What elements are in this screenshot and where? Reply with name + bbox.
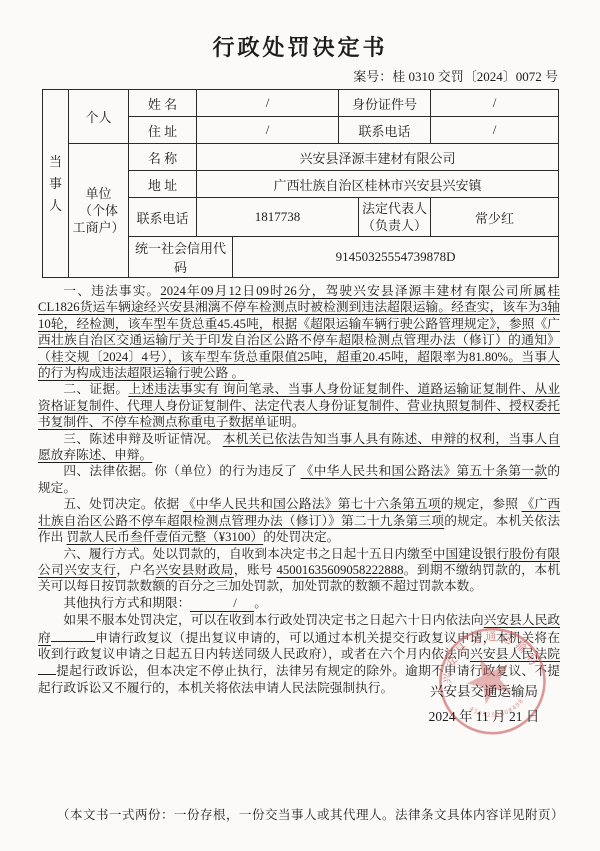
signature-authority: 兴安县交通运输局 bbox=[400, 680, 568, 700]
performance-head: 六、履行方式。处以罚款的，自收到本决定书之日起十五日内缴至 bbox=[63, 547, 432, 561]
legal-basis-head: 四、法律依据。你（单位）的行为违反了 bbox=[63, 464, 297, 478]
signature-date: 2024 年 11 月 21 日 bbox=[400, 705, 568, 725]
fact-paragraph: 一、违法事实。2024年09月12日09时26分，驾驶兴安县泽源丰建材有限公司所… bbox=[38, 283, 560, 381]
fact-head: 一、违法事实。 bbox=[63, 284, 160, 298]
legal-rep-label: 法定代表人 （负责人） bbox=[359, 198, 431, 237]
legal-basis-paragraph: 四、法律依据。你（单位）的行为违反了 《中华人民共和国公路法》第五十条第一款的规… bbox=[38, 463, 560, 496]
evidence-paragraph: 二、证据。上述违法事实有 询问笔录、当事人身份证复制件、道路运输证复制件、从业资… bbox=[38, 381, 560, 430]
table-row: 单位 （个体 工商户） 名 称 兴安县泽源丰建材有限公司 bbox=[43, 144, 559, 171]
org-group-label: （个体 bbox=[71, 202, 126, 219]
org-group-label: 单位 bbox=[71, 185, 126, 202]
other-execution-fill: / bbox=[190, 595, 254, 612]
id-label: 身份证件号 bbox=[339, 90, 431, 117]
legal-basis-fill: 《中华人民共和国公路法》第五十条第一款 bbox=[301, 464, 548, 478]
org-phone-value: 1817738 bbox=[197, 198, 359, 237]
evidence-tail: 证明。 bbox=[266, 415, 304, 429]
phone-label: 联系电话 bbox=[339, 117, 431, 144]
performance-fill-account-name: 兴安县财政局 bbox=[156, 563, 234, 577]
appeal-blank-line bbox=[38, 662, 56, 675]
penalty-decision-document: 行政处罚决定书 案号：桂 0310 交罚〔2024〕0072 号 当事人 个人 … bbox=[0, 0, 600, 851]
org-group-cell: 单位 （个体 工商户） bbox=[69, 144, 129, 278]
case-number: 案号：桂 0310 交罚〔2024〕0072 号 bbox=[0, 66, 600, 85]
other-execution-line: 其他执行方式和期限：/。 bbox=[38, 595, 560, 612]
legal-rep-value: 常少红 bbox=[431, 198, 559, 237]
performance-mid-2: ，账号 bbox=[234, 563, 273, 577]
uscc-label: 统一社会信用代码 bbox=[129, 237, 233, 278]
name-label: 姓 名 bbox=[129, 90, 197, 117]
penalty-tail: 的处罚决定。 bbox=[263, 530, 339, 544]
id-value: / bbox=[431, 90, 559, 117]
name-value: / bbox=[197, 90, 339, 117]
statement-paragraph: 三、陈述申辩及听证情况。 本机关已依法告知当事人具有陈述、申辩的权利，当事人自愿… bbox=[38, 431, 560, 464]
table-row: 当事人 个人 姓 名 / 身份证件号 / bbox=[43, 90, 559, 117]
penalty-mid-1: 的规定，参照 bbox=[441, 497, 518, 511]
individual-group-cell: 个人 bbox=[69, 90, 129, 144]
org-address-value: 广西壮族自治区桂林市兴安县兴安镇 bbox=[197, 171, 559, 198]
party-label: 当事人 bbox=[49, 151, 63, 217]
penalty-head: 五、处罚决定。依据 bbox=[63, 497, 179, 511]
org-phone-label: 联系电话 bbox=[129, 198, 197, 237]
party-info-table: 当事人 个人 姓 名 / 身份证件号 / 住 址 / 联系电话 / 单位 （个体… bbox=[42, 89, 559, 278]
penalty-fill-3: 罚款人民币叁仟壹佰元整（¥3100） bbox=[67, 530, 264, 544]
statement-head: 三、陈述申辩及听证情况。 bbox=[63, 432, 219, 446]
fact-fill: 2024年09月12日09时26分，驾驶兴安县泽源丰建材有限公司所属桂CL182… bbox=[38, 284, 560, 380]
uscc-value: 91450325554739878D bbox=[233, 237, 559, 278]
org-name-label: 名 称 bbox=[129, 144, 197, 171]
signature-block: 兴安县交通运输局 2024 年 11 月 21 日 bbox=[400, 680, 568, 725]
address-value: / bbox=[197, 117, 339, 144]
phone-value: / bbox=[431, 117, 559, 144]
performance-fill-account-number: 45001635609058222888 bbox=[277, 563, 404, 577]
org-name-value: 兴安县泽源丰建材有限公司 bbox=[197, 144, 559, 171]
performance-paragraph: 六、履行方式。处以罚款的，自收到本决定书之日起十五日内缴至中国建设银行股份有限公… bbox=[38, 546, 560, 595]
footer-note: （本文书一式两份：一份存根，一份交当事人或其代理人。法律条文具体内容详见附页） bbox=[57, 805, 564, 823]
address-label: 住 址 bbox=[129, 117, 197, 144]
page-title: 行政处罚决定书 bbox=[0, 0, 600, 62]
evidence-head: 二、证据。 bbox=[63, 382, 128, 396]
org-address-label: 地 址 bbox=[129, 171, 197, 198]
penalty-decision-paragraph: 五、处罚决定。依据 《中华人民共和国公路法》第七十六条第五项的规定，参照 《广西… bbox=[38, 496, 560, 545]
appeal-seg-1: 如果不服本处罚决定，可以在收到本行政处罚决定书之日起六十日内依法向 bbox=[63, 613, 483, 627]
legal-rep-label-line: （负责人） bbox=[361, 217, 428, 234]
other-execution-head: 其他执行方式和期限： bbox=[63, 596, 190, 610]
performance-mid-1: ，户名 bbox=[116, 563, 155, 577]
party-label-cell: 当事人 bbox=[43, 90, 69, 278]
appeal-blank-line bbox=[51, 629, 95, 642]
org-group-label: 工商户） bbox=[71, 219, 126, 236]
other-execution-tail: 。 bbox=[254, 596, 267, 610]
legal-rep-label-line: 法定代表人 bbox=[361, 200, 428, 217]
penalty-fill-1: 《中华人民共和国公路法》第七十六条第五项 bbox=[183, 497, 441, 511]
